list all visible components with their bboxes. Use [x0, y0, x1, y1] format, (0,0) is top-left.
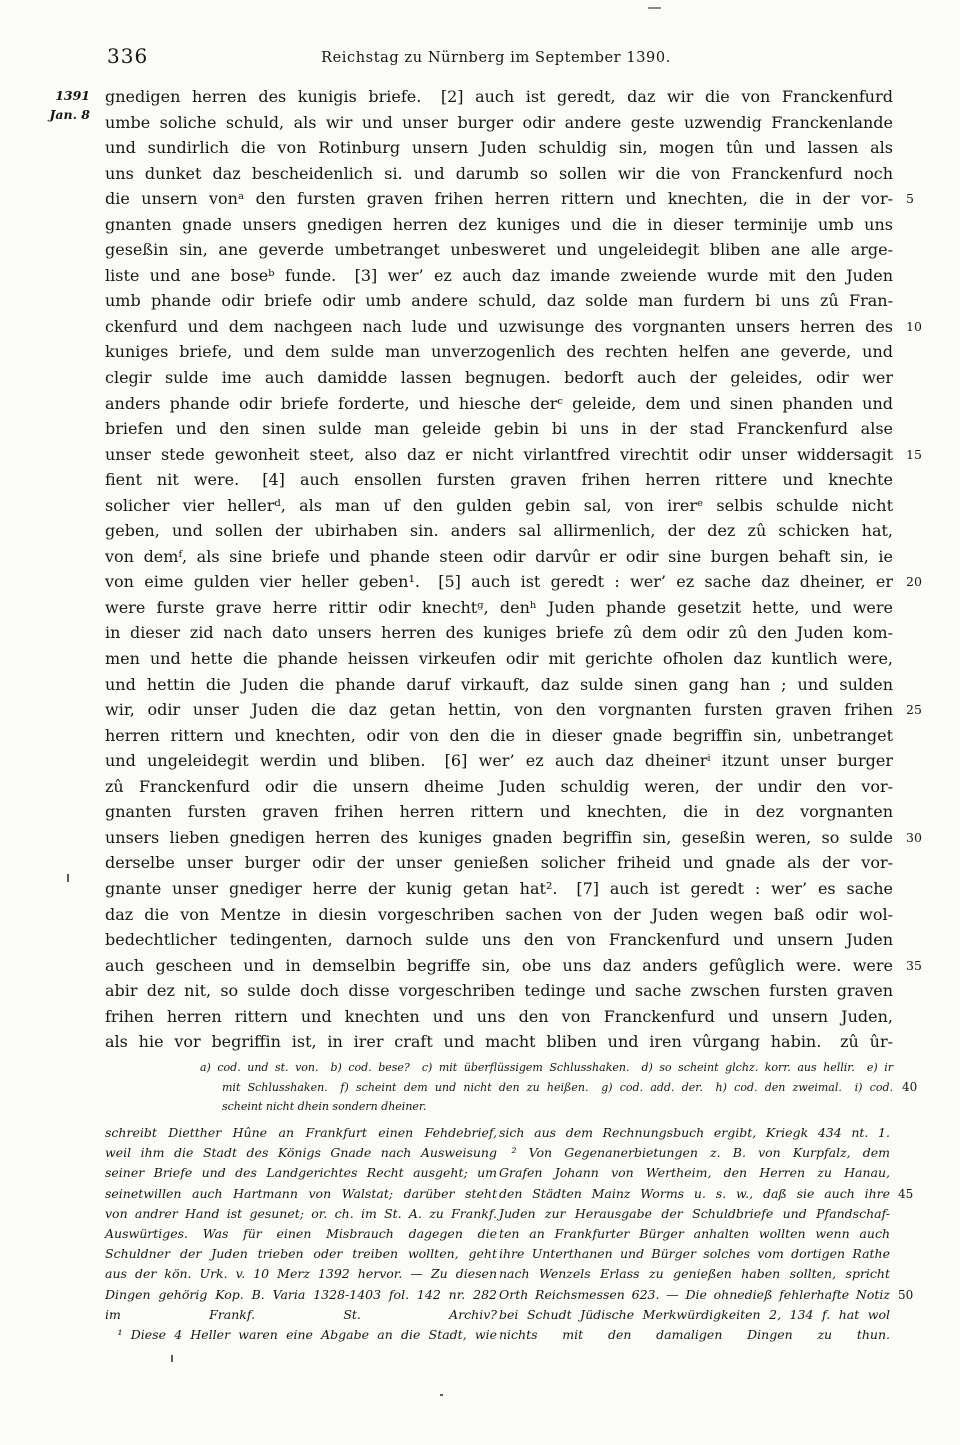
footnote-text: Juden zur Herausgabe der Schuldbriefe un…	[499, 1206, 890, 1221]
line-text: herren rittern und knechten, odir von de…	[105, 726, 893, 745]
line-text: liste und ane boseᵇ funde. [3] wer’ ez a…	[105, 266, 893, 285]
footnote-text: ihre Unterthanen und Bürger solches vom …	[499, 1246, 890, 1261]
text-line: ckenfurd und dem nachgeen nach lude und …	[105, 314, 893, 340]
text-line: geben, und sollen der ubirhaben sin. and…	[105, 518, 893, 544]
running-title: Reichstag zu Nürnberg im September 1390.	[32, 50, 960, 66]
footnote-line: seiner Briefe und des Landgerichtes Rech…	[105, 1163, 497, 1183]
text-line: als hie vor begriffin ist, in irer craft…	[105, 1029, 893, 1055]
footnote-line: Orth Reichsmessen 623. — Die ohnedieß fe…	[499, 1285, 890, 1305]
text-line: und sundirlich die von Rotinburg unsern …	[105, 135, 893, 161]
footnote-line: nach Wenzels Erlass zu genießen haben so…	[499, 1264, 890, 1284]
line-text: unsers lieben gnedigen herren des kunige…	[105, 828, 893, 847]
line-text: die unsern vonᵃ den fursten graven frihe…	[105, 189, 893, 208]
scan-speck	[67, 874, 69, 882]
footnote-column-right: sich aus dem Rechnungsbuch ergibt, Krieg…	[499, 1123, 890, 1345]
line-number: 25	[906, 697, 932, 723]
line-text: und sundirlich die von Rotinburg unsern …	[105, 138, 893, 157]
footnote-text: Auswürtiges. Was für einen Misbrauch dag…	[105, 1226, 497, 1241]
line-text: daz die von Mentze in diesin vorgeschrib…	[105, 905, 893, 924]
footnote-line: Auswürtiges. Was für einen Misbrauch dag…	[105, 1224, 497, 1244]
footnote-line: von andrer Hand ist gesunet; or. ch. im …	[105, 1204, 497, 1224]
line-text: men und hette die phande heissen virkeuf…	[105, 649, 893, 668]
footnote-line: im Frankf. St. Archiv?	[105, 1305, 497, 1325]
line-text: und ungeleidegit werdin und bliben. [6] …	[105, 751, 893, 770]
text-line: anders phande odir briefe forderte, und …	[105, 391, 893, 417]
text-line: gnanten gnade unsers gnedigen herren dez…	[105, 212, 893, 238]
line-number: 50	[898, 1285, 924, 1305]
line-text: clegir sulde ime auch damidde lassen beg…	[105, 368, 893, 387]
footnote-text: ¹ Diese 4 Heller waren eine Abgabe an di…	[105, 1327, 497, 1342]
line-text: gnante unser gnediger herre der kunig ge…	[105, 879, 893, 898]
footnote-line: sich aus dem Rechnungsbuch ergibt, Krieg…	[499, 1123, 890, 1143]
line-number: 45	[898, 1184, 924, 1204]
footnote-text: nichts mit den damaligen Dingen zu thun.	[499, 1327, 890, 1342]
line-text: were furste grave herre rittir odir knec…	[105, 598, 893, 617]
line-number: 35	[906, 953, 932, 979]
line-text: anders phande odir briefe forderte, und …	[105, 394, 893, 413]
text-line: in dieser zid nach dato unsers herren de…	[105, 620, 893, 646]
text-line: gnedigen herren des kunigis briefe. [2] …	[105, 84, 893, 110]
critical-apparatus: a) cod. und st. von. b) cod. bese? c) mi…	[200, 1058, 893, 1117]
scan-speck	[171, 1355, 173, 1362]
footnote-text: im Frankf. St. Archiv?	[105, 1307, 497, 1322]
text-line: clegir sulde ime auch damidde lassen beg…	[105, 365, 893, 391]
text-line: frihen herren rittern und knechten und u…	[105, 1004, 893, 1030]
line-text: in dieser zid nach dato unsers herren de…	[105, 623, 893, 642]
line-text: gnedigen herren des kunigis briefe. [2] …	[105, 87, 893, 106]
footnote-text: seiner Briefe und des Landgerichtes Rech…	[105, 1165, 497, 1180]
line-text: abir dez nit, so sulde doch disse vorges…	[105, 981, 893, 1000]
apparatus-text: mit Schlusshaken. f) scheint dem und nic…	[222, 1081, 893, 1094]
footnote-text: von andrer Hand ist gesunet; or. ch. im …	[105, 1206, 497, 1221]
footnote-line: den Städten Mainz Worms u. s. w., daß si…	[499, 1184, 890, 1204]
text-line: solicher vier hellerᵈ, als man uf den gu…	[105, 493, 893, 519]
apparatus-line: a) cod. und st. von. b) cod. bese? c) mi…	[200, 1058, 893, 1078]
text-line: unsers lieben gnedigen herren des kunige…	[105, 825, 893, 851]
footnote-text: Dingen gehörig Kop. B. Varia 1328-1403 f…	[105, 1287, 497, 1302]
footnote-text: Orth Reichsmessen 623. — Die ohnedieß fe…	[499, 1287, 890, 1302]
text-line: bedechtlicher tedingenten, darnoch sulde…	[105, 927, 893, 953]
line-text: gnanten gnade unsers gnedigen herren dez…	[105, 215, 893, 234]
line-text: kuniges briefe, und dem sulde man unverz…	[105, 342, 893, 361]
text-line: auch gescheen und in demselbin begriffe …	[105, 953, 893, 979]
line-text: solicher vier hellerᵈ, als man uf den gu…	[105, 496, 893, 515]
text-line: fient nit were. [4] auch ensollen furste…	[105, 467, 893, 493]
text-line: von eime gulden vier heller geben¹. [5] …	[105, 569, 893, 595]
line-text: umb phande odir briefe odir umb andere s…	[105, 291, 893, 310]
footnote-line: Dingen gehörig Kop. B. Varia 1328-1403 f…	[105, 1285, 497, 1305]
text-line: umbe soliche schuld, als wir und unser b…	[105, 110, 893, 136]
text-line: unser stede gewonheit steet, also daz er…	[105, 442, 893, 468]
line-number: 15	[906, 442, 932, 468]
line-text: umbe soliche schuld, als wir und unser b…	[105, 113, 893, 132]
text-line: umb phande odir briefe odir umb andere s…	[105, 288, 893, 314]
text-line: uns dunket daz bescheidenlich si. und da…	[105, 161, 893, 187]
line-number: 10	[906, 314, 932, 340]
line-text: bedechtlicher tedingenten, darnoch sulde…	[105, 930, 893, 949]
footnote-line: ten an Frankfurter Bürger anhalten wollt…	[499, 1224, 890, 1244]
line-text: uns dunket daz bescheidenlich si. und da…	[105, 164, 893, 183]
apparatus-line: scheint nicht dhein sondern dheiner.	[200, 1097, 893, 1117]
text-line: gnante unser gnediger herre der kunig ge…	[105, 876, 893, 902]
footnote-line: aus der kön. Urk. v. 10 Merz 1392 hervor…	[105, 1264, 497, 1284]
text-line: zû Franckenfurd odir die unsern dheime J…	[105, 774, 893, 800]
footnote-line: Juden zur Herausgabe der Schuldbriefe un…	[499, 1204, 890, 1224]
line-text: von demᶠ, als sine briefe und phande ste…	[105, 547, 893, 566]
footnote-text: bei Schudt Jüdische Merkwürdigkeiten 2, …	[499, 1307, 890, 1322]
text-line: liste und ane boseᵇ funde. [3] wer’ ez a…	[105, 263, 893, 289]
text-line: daz die von Mentze in diesin vorgeschrib…	[105, 902, 893, 928]
text-line: kuniges briefe, und dem sulde man unverz…	[105, 339, 893, 365]
text-line: wir, odir unser Juden die daz getan hett…	[105, 697, 893, 723]
footnote-text: ² Von Gegenanerbietungen z. B. von Kurpf…	[499, 1145, 890, 1160]
text-line: abir dez nit, so sulde doch disse vorges…	[105, 978, 893, 1004]
text-line: herren rittern und knechten, odir von de…	[105, 723, 893, 749]
text-line: were furste grave herre rittir odir knec…	[105, 595, 893, 621]
footnote-line: weil ihm die Stadt des Königs Gnade nach…	[105, 1143, 497, 1163]
footnote-text: aus der kön. Urk. v. 10 Merz 1392 hervor…	[105, 1266, 497, 1281]
footnote-text: sich aus dem Rechnungsbuch ergibt, Krieg…	[499, 1125, 890, 1140]
footnote-line: bei Schudt Jüdische Merkwürdigkeiten 2, …	[499, 1305, 890, 1325]
text-line: und hettin die Juden die phande daruf vi…	[105, 672, 893, 698]
line-text: und hettin die Juden die phande daruf vi…	[105, 675, 893, 694]
margin-date-note: 1391 Jan. 8	[16, 86, 90, 124]
text-line: derselbe unser burger odir der unser gen…	[105, 850, 893, 876]
line-text: wir, odir unser Juden die daz getan hett…	[105, 700, 893, 719]
footnote-text: seinetwillen auch Hartmann von Walstat; …	[105, 1186, 497, 1201]
text-line: von demᶠ, als sine briefe und phande ste…	[105, 544, 893, 570]
apparatus-line: mit Schlusshaken. f) scheint dem und nic…	[200, 1078, 893, 1098]
footnote-line: schreibt Dietther Hûne an Frankfurt eine…	[105, 1123, 497, 1143]
text-line: geseßin sin, ane geverde umbetranget unb…	[105, 237, 893, 263]
footnote-column-left: schreibt Dietther Hûne an Frankfurt eine…	[105, 1123, 497, 1345]
text-line: die unsern vonᵃ den fursten graven frihe…	[105, 186, 893, 212]
footnote-text: Grafen Johann von Wertheim, den Herren z…	[499, 1165, 890, 1180]
footnote-line: Schuldner der Juden trieben oder treiben…	[105, 1244, 497, 1264]
line-text: ckenfurd und dem nachgeen nach lude und …	[105, 317, 893, 336]
apparatus-text: scheint nicht dhein sondern dheiner.	[222, 1100, 426, 1113]
text-line: men und hette die phande heissen virkeuf…	[105, 646, 893, 672]
apparatus-text: a) cod. und st. von. b) cod. bese? c) mi…	[200, 1061, 893, 1074]
line-text: gnanten fursten graven frihen herren rit…	[105, 802, 893, 821]
footnote-line: nichts mit den damaligen Dingen zu thun.	[499, 1325, 890, 1345]
footnote-line: Grafen Johann von Wertheim, den Herren z…	[499, 1163, 890, 1183]
line-number: 30	[906, 825, 932, 851]
margin-date-year: 1391	[16, 86, 90, 105]
line-number: 40	[902, 1078, 928, 1098]
footnote-text: den Städten Mainz Worms u. s. w., daß si…	[499, 1186, 890, 1201]
footnote-text: Schuldner der Juden trieben oder treiben…	[105, 1246, 497, 1261]
book-page: 336 Reichstag zu Nürnberg im September 1…	[0, 0, 960, 1445]
footnote-text: nach Wenzels Erlass zu genießen haben so…	[499, 1266, 890, 1281]
text-line: briefen und den sinen sulde man geleide …	[105, 416, 893, 442]
text-line: gnanten fursten graven frihen herren rit…	[105, 799, 893, 825]
footnote-line: ² Von Gegenanerbietungen z. B. von Kurpf…	[499, 1143, 890, 1163]
line-text: unser stede gewonheit steet, also daz er…	[105, 445, 893, 464]
line-text: derselbe unser burger odir der unser gen…	[105, 853, 893, 872]
footnote-text: ten an Frankfurter Bürger anhalten wollt…	[499, 1226, 890, 1241]
line-text: geben, und sollen der ubirhaben sin. and…	[105, 521, 893, 540]
line-text: briefen und den sinen sulde man geleide …	[105, 419, 893, 438]
main-transcription: gnedigen herren des kunigis briefe. [2] …	[105, 84, 893, 1055]
footnote-line: seinetwillen auch Hartmann von Walstat; …	[105, 1184, 497, 1204]
footnote-line: ihre Unterthanen und Bürger solches vom …	[499, 1244, 890, 1264]
footnote-line: ¹ Diese 4 Heller waren eine Abgabe an di…	[105, 1325, 497, 1345]
scan-speck	[440, 1394, 443, 1396]
line-text: geseßin sin, ane geverde umbetranget unb…	[105, 240, 893, 259]
text-line: und ungeleidegit werdin und bliben. [6] …	[105, 748, 893, 774]
footnote-text: schreibt Dietther Hûne an Frankfurt eine…	[105, 1125, 497, 1140]
line-text: als hie vor begriffin ist, in irer craft…	[105, 1032, 893, 1051]
line-number: 20	[906, 569, 932, 595]
line-number: 5	[906, 186, 932, 212]
scan-artifact-dash	[648, 7, 661, 9]
footnote-text: weil ihm die Stadt des Königs Gnade nach…	[105, 1145, 497, 1160]
line-text: auch gescheen und in demselbin begriffe …	[105, 956, 893, 975]
line-text: fient nit were. [4] auch ensollen furste…	[105, 470, 893, 489]
line-text: frihen herren rittern und knechten und u…	[105, 1007, 893, 1026]
line-text: zû Franckenfurd odir die unsern dheime J…	[105, 777, 893, 796]
margin-date-day: Jan. 8	[16, 105, 90, 124]
line-text: von eime gulden vier heller geben¹. [5] …	[105, 572, 893, 591]
